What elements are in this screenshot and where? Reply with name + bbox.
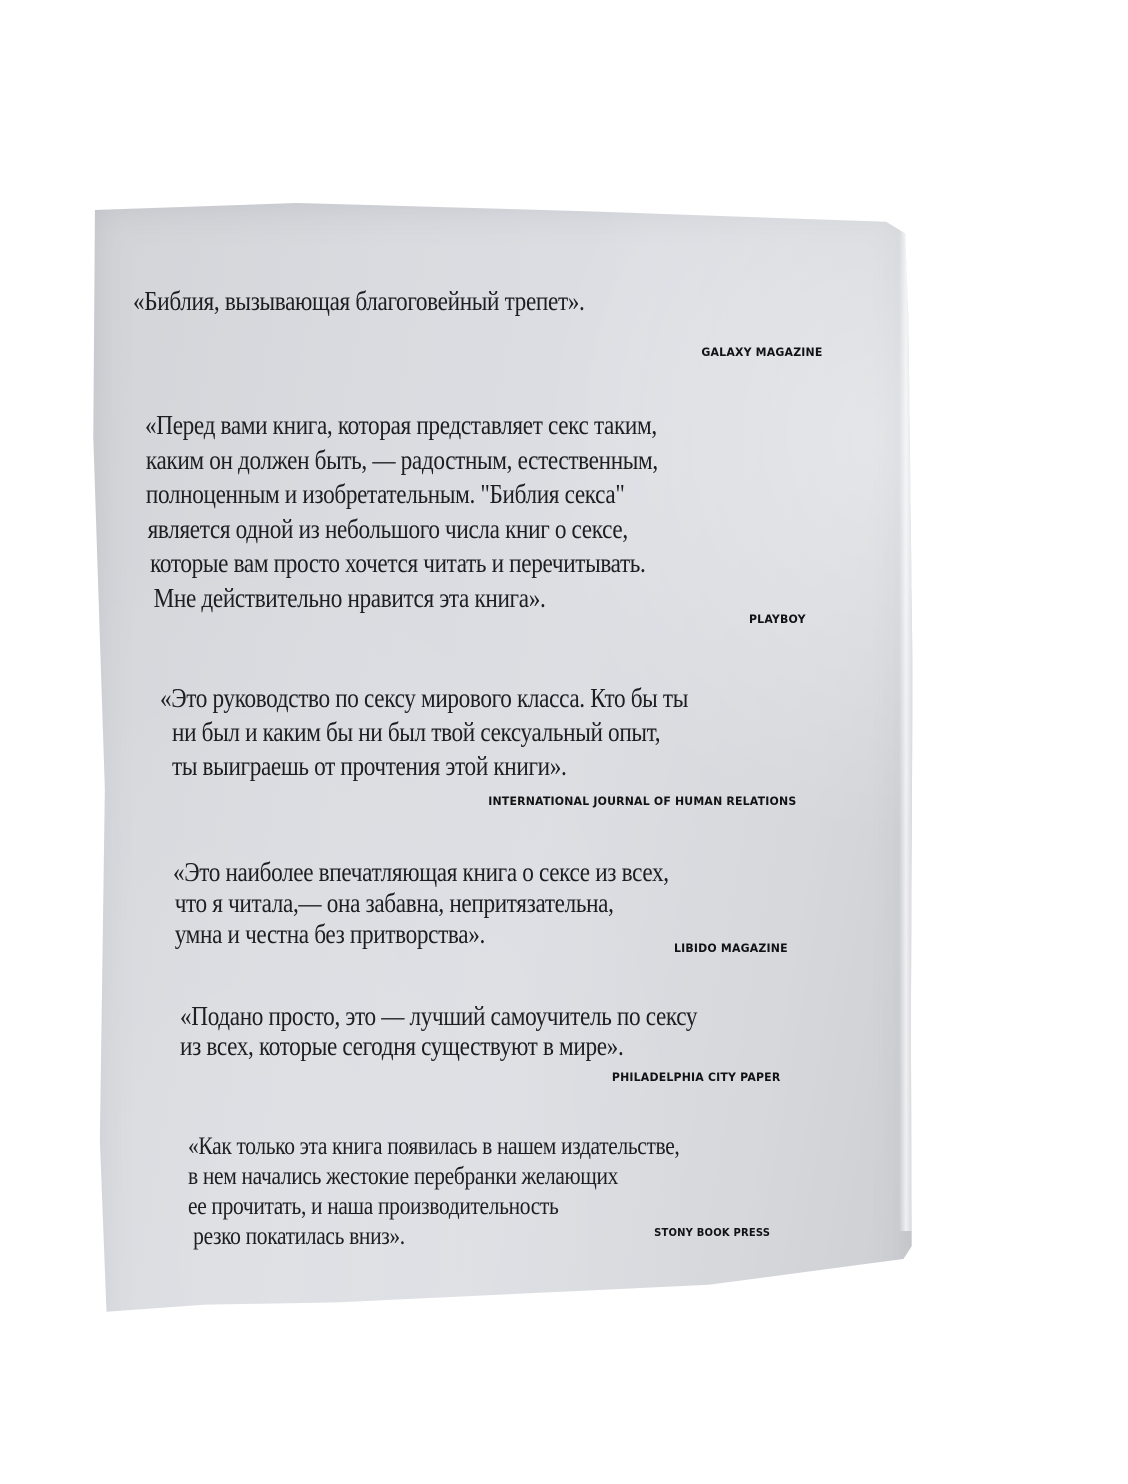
quote-line: из всех, которые сегодня существуют в ми…	[180, 1031, 697, 1061]
quote-line: «Как только эта книга появилась в нашем …	[188, 1132, 679, 1162]
review-quote-1: «Библия, вызывающая благоговейный трепет…	[133, 286, 584, 317]
quote-line: «Это наиболее впечатляющая книга о сексе…	[173, 857, 669, 888]
quote-line: умна и честна без притворства».	[175, 919, 669, 950]
quote-line: ее прочитать, и наша производительность	[188, 1192, 679, 1222]
quote-line: «Перед вами книга, которая представляет …	[145, 408, 658, 443]
review-quote-3: «Это руководство по сексу мирового класс…	[160, 681, 688, 783]
review-source-6: STONY BOOK PRESS	[654, 1227, 770, 1239]
review-quote-6: «Как только эта книга появилась в нашем …	[188, 1132, 679, 1252]
quote-line: каким он должен быть, — радостным, естес…	[146, 443, 658, 478]
quote-line: «Подано просто, это — лучший самоучитель…	[180, 1001, 697, 1031]
cover-edge	[899, 231, 913, 1231]
quote-line: полноценным и изобретательным. "Библия с…	[146, 477, 658, 512]
quote-line: которые вам просто хочется читать и пере…	[150, 546, 658, 581]
review-source-4: LIBIDO MAGAZINE	[674, 941, 788, 955]
quote-line: является одной из небольшого числа книг …	[148, 512, 658, 547]
review-quote-5: «Подано просто, это — лучший самоучитель…	[180, 1001, 697, 1061]
review-source-2: PLAYBOY	[749, 612, 806, 626]
review-quote-4: «Это наиболее впечатляющая книга о сексе…	[173, 857, 669, 950]
review-source-3: INTERNATIONAL JOURNAL OF HUMAN RELATIONS	[488, 794, 796, 808]
quote-line: ни был и каким бы ни был твой сексуальны…	[172, 715, 688, 749]
quote-line: «Библия, вызывающая благоговейный трепет…	[133, 286, 584, 317]
photo-scene: «Библия, вызывающая благоговейный трепет…	[0, 0, 1128, 1484]
review-source-5: PHILADELPHIA CITY PAPER	[611, 1070, 780, 1084]
quote-line: ты выиграешь от прочтения этой книги».	[172, 749, 688, 783]
quote-line: в нем начались жестокие перебранки желаю…	[188, 1162, 679, 1192]
quote-line: «Это руководство по сексу мирового класс…	[160, 681, 688, 715]
review-quote-2: «Перед вами книга, которая представляет …	[145, 408, 658, 615]
quote-line: Мне действительно нравится эта книга».	[154, 581, 658, 616]
quote-line: что я читала,— она забавна, непритязател…	[175, 888, 669, 919]
review-source-1: GALAXY MAGAZINE	[702, 345, 823, 359]
quote-line: резко покатилась вниз».	[193, 1222, 679, 1252]
